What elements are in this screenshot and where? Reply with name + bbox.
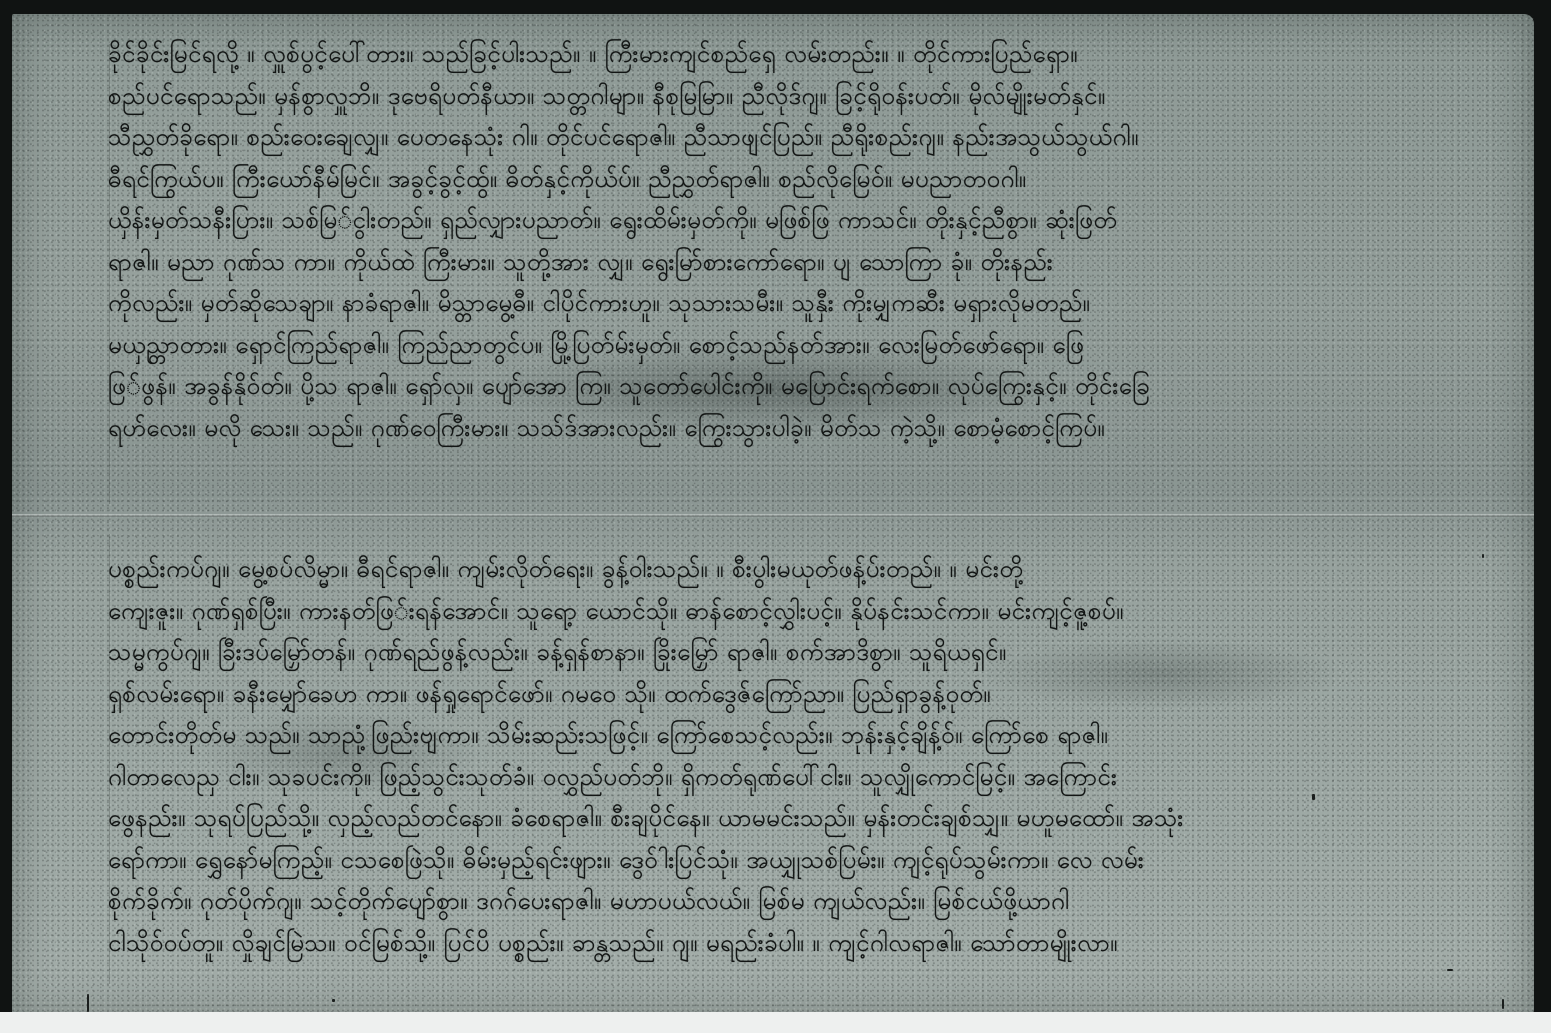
- text-line: စည်ပင်ရောသည်။ မှန်စွာလှူဘိ။ ဒုဗေရိပတ်နီယ…: [108, 76, 1508, 118]
- text-line: ဖြ်ဖွန်။ အခွန်နိုဝ်တ်။ ပို့သ ရာဇါ။ ရှော်…: [108, 366, 1508, 408]
- text-line: ဓီရင်ကြွယ်ပ။ ကြီးယော်နီမ်မြင်။ အခွင့်ခွင…: [108, 159, 1508, 201]
- text-line: ရဟ်လေး။ မလို သေး။ သည်။ ဂုဏ်ဝေကြီးမား။ သသ…: [108, 408, 1508, 450]
- text-line: စိုက်ခိုက်။ ဂုတ်ပိုက်ဂျ။ သင့်တိုက်ပျော်စ…: [108, 881, 1508, 923]
- lower-panel: ပစ္စည်းကပ်ဂျ။ မွေ့စပ်လိမ္မာ။ ဓီရင်ရာဇါ။ …: [108, 549, 1508, 964]
- bottom-white-strip: [0, 1012, 1551, 1033]
- text-line: ပစ္စည်းကပ်ဂျ။ မွေ့စပ်လိမ္မာ။ ဓီရင်ရာဇါ။ …: [108, 549, 1508, 591]
- manuscript-photograph: ခိုင်ခိုင်းမြင်ရလို့ ။ လှူစ်ပွင့်ပေါ်တား…: [0, 0, 1551, 1033]
- text-line: ခိုင်ခိုင်းမြင်ရလို့ ။ လှူစ်ပွင့်ပေါ်တား…: [108, 34, 1508, 76]
- text-line: သမ္မကွပ်ဂျ။ ခြီးဒပ်မြှော်တန်။ ဂုဏ်ရည်ဖွန…: [108, 632, 1508, 674]
- text-line: ကျေးဇူး။ ဂုဏ်ရှစ်ပြီး။ ကားနတ်ဖြ်းရန်အောင…: [108, 591, 1508, 633]
- text-line: ယှိန်းမှတ်သနီးပြား။ သစ်မြ်ငွါးတည်။ ရှည်လ…: [108, 200, 1508, 242]
- text-line: ရှစ်လမ်းရော။ ခနီးမျှော်ခေဟ ကာ။ ဖန်ရှုရော…: [108, 674, 1508, 716]
- text-line: ရာဇါ။ မညာ ဂုဏ်သ ကာ။ ကိုယ်ထဲ ကြီးမား။ သူတ…: [108, 242, 1508, 284]
- text-line: မယှည္တာတား။ ရှောင်ကြည်ရာဇါ။ ကြည်ညာတွင်ပ။…: [108, 325, 1508, 367]
- text-line: ရော်ကာ။ ရွှေနော်မကြည့်။ ငသစေဖြဲသို။ ဓိမ်…: [108, 840, 1508, 882]
- upper-panel: ခိုင်ခိုင်းမြင်ရလို့ ။ လှူစ်ပွင့်ပေါ်တား…: [108, 34, 1508, 449]
- text-line: ဖွေနည်း။ သုရပ်ပြည်သို့။ လှည့်လည်တင်နော။ …: [108, 798, 1508, 840]
- text-line: ငါသိုဝ်ဝပ်တူ။ လှိုချင်မြဲသ။ ဝင်မြစ်သို့။…: [108, 923, 1508, 965]
- text-line: ဂါတာလေညှ ငါး။ သုခပင်းကို။ ဖြည့်သွင်းသုတ်…: [108, 757, 1508, 799]
- page-fold: [12, 514, 1534, 517]
- text-line: တောင်းတိုတ်မ သည်။ သာညုံ့ဖြည်းဗျကာ။ သိမ်း…: [108, 715, 1508, 757]
- manuscript-page: ခိုင်ခိုင်းမြင်ရလို့ ။ လှူစ်ပွင့်ပေါ်တား…: [12, 14, 1534, 1014]
- text-line: ကိုလည်း။ မှတ်ဆိုသေချာ။ နာခံရာဇါ။ မိသ္တာမ…: [108, 283, 1508, 325]
- text-line: သီညွှတ်ခိုရော။ စည်းဝေးချေလျှ။ ပေတနေသုံး …: [108, 117, 1508, 159]
